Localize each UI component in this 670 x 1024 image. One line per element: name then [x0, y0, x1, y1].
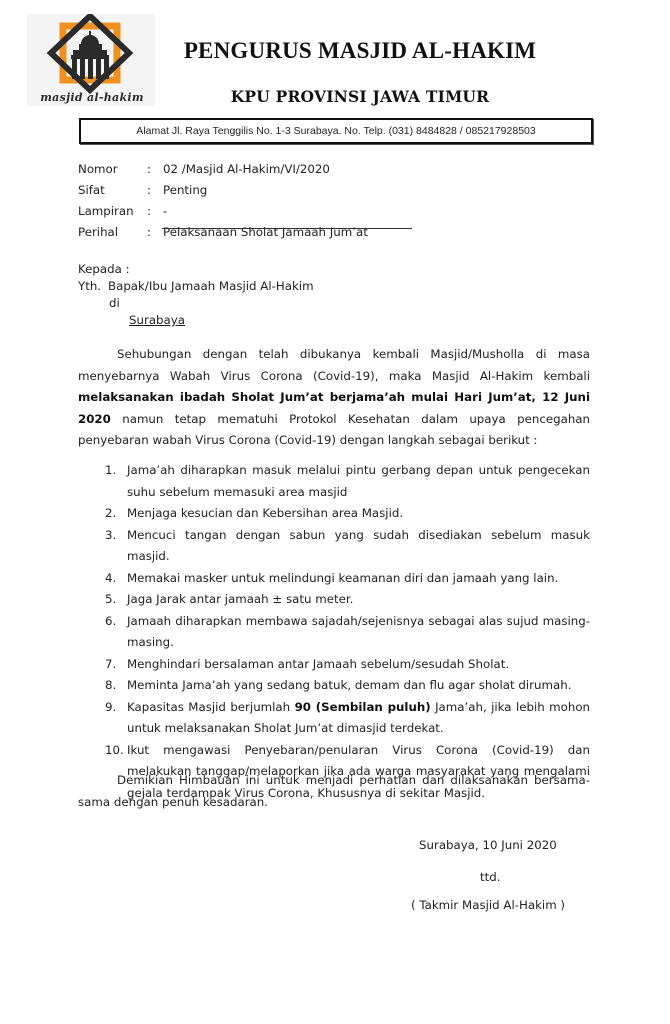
- list-number: 5.: [105, 589, 116, 611]
- masjid-logo: masjid al-hakim: [27, 14, 155, 106]
- meta-colon: :: [147, 225, 151, 239]
- list-item: 5.Jaga Jarak antar jamaah ± satu meter.: [105, 589, 590, 611]
- list-number: 3.: [105, 525, 116, 547]
- list-text: Menghindari bersalaman antar Jamaah sebe…: [127, 657, 509, 671]
- meta-colon: :: [147, 183, 151, 197]
- recipient-to-label: Kepada :: [78, 262, 130, 276]
- organization-title: PENGURUS MASJID AL-HAKIM: [160, 38, 560, 64]
- list-item: 2.Menjaga kesucian dan Kebersihan area M…: [105, 503, 590, 525]
- logo-caption: masjid al-hakim: [29, 91, 155, 104]
- meta-row-sifat: Sifat : Penting: [78, 183, 418, 204]
- list-number: 7.: [105, 654, 116, 676]
- meta-colon: :: [147, 162, 151, 176]
- organization-subtitle: KPU PROVINSI JAWA TIMUR: [195, 87, 525, 106]
- list-text: Memakai masker untuk melindungi keamanan…: [127, 571, 558, 585]
- paragraph-text: namun tetap mematuhi Protokol Kesehatan …: [78, 412, 590, 448]
- meta-label: Lampiran: [78, 204, 134, 218]
- address-box: Alamat Jl. Raya Tenggilis No. 1-3 Suraba…: [79, 118, 593, 144]
- list-text: Meminta Jama’ah yang sedang batuk, demam…: [127, 678, 571, 692]
- list-text: Menjaga kesucian dan Kebersihan area Mas…: [127, 506, 403, 520]
- meta-label: Nomor: [78, 162, 118, 176]
- meta-label: Sifat: [78, 183, 105, 197]
- meta-value: Penting: [163, 183, 207, 197]
- signature-ttd: ttd.: [480, 870, 501, 884]
- list-item: 7.Menghindari bersalaman antar Jamaah se…: [105, 654, 590, 676]
- recipient-di: di: [109, 296, 120, 310]
- list-text: Jaga Jarak antar jamaah ± satu meter.: [127, 592, 353, 606]
- opening-paragraph: Sehubungan dengan telah dibukanya kembal…: [78, 344, 590, 452]
- paragraph-text: Sehubungan dengan telah dibukanya kembal…: [78, 347, 590, 383]
- recipient-city: Surabaya: [129, 313, 185, 327]
- list-item: 9.Kapasitas Masjid berjumlah 90 (Sembila…: [105, 697, 590, 740]
- list-item: 1.Jama’ah diharapkan masuk melalui pintu…: [105, 460, 590, 503]
- meta-value: 02 /Masjid Al-Hakim/VI/2020: [163, 162, 330, 176]
- list-number: 8.: [105, 675, 116, 697]
- list-number: 2.: [105, 503, 116, 525]
- mosque-logo-icon: [27, 14, 155, 94]
- letter-meta: Nomor : 02 /Masjid Al-Hakim/VI/2020 Sifa…: [78, 162, 418, 246]
- meta-value: -: [163, 204, 167, 218]
- list-number: 4.: [105, 568, 116, 590]
- list-number: 6.: [105, 611, 116, 633]
- list-text: Jamaah diharapkan membawa sajadah/sejeni…: [127, 614, 590, 650]
- list-number: 9.: [105, 697, 116, 719]
- list-number: 1.: [105, 460, 116, 482]
- meta-colon: :: [147, 204, 151, 218]
- list-item: 8.Meminta Jama’ah yang sedang batuk, dem…: [105, 675, 590, 697]
- list-item: 6.Jamaah diharapkan membawa sajadah/seje…: [105, 611, 590, 654]
- list-text: Jama’ah diharapkan masuk melalui pintu g…: [127, 463, 590, 499]
- list-bold-text: 90 (Sembilan puluh): [295, 700, 431, 714]
- list-text: Mencuci tangan dengan sabun yang sudah d…: [127, 528, 590, 564]
- recipient-name: Bapak/Ibu Jamaah Masjid Al-Hakim: [108, 279, 314, 293]
- signature-place-date: Surabaya, 10 Juni 2020: [419, 838, 557, 852]
- recipient-yth: Yth.: [78, 279, 101, 293]
- meta-label: Perihal: [78, 225, 118, 239]
- recipient-block: Kepada : Yth. Bapak/Ibu Jamaah Masjid Al…: [78, 262, 130, 330]
- meta-row-nomor: Nomor : 02 /Masjid Al-Hakim/VI/2020: [78, 162, 418, 183]
- list-number: 10.: [105, 740, 124, 762]
- signature-name: ( Takmir Masjid Al-Hakim ): [411, 898, 565, 912]
- meta-row-lampiran: Lampiran : -: [78, 204, 418, 225]
- closing-paragraph: Demikian Himbauan ini untuk menjadi perh…: [78, 770, 590, 813]
- protocol-list: 1.Jama’ah diharapkan masuk melalui pintu…: [105, 460, 590, 804]
- perihal-underline: [162, 228, 412, 229]
- list-text: Kapasitas Masjid berjumlah: [127, 700, 295, 714]
- list-item: 3.Mencuci tangan dengan sabun yang sudah…: [105, 525, 590, 568]
- list-item: 4.Memakai masker untuk melindungi keaman…: [105, 568, 590, 590]
